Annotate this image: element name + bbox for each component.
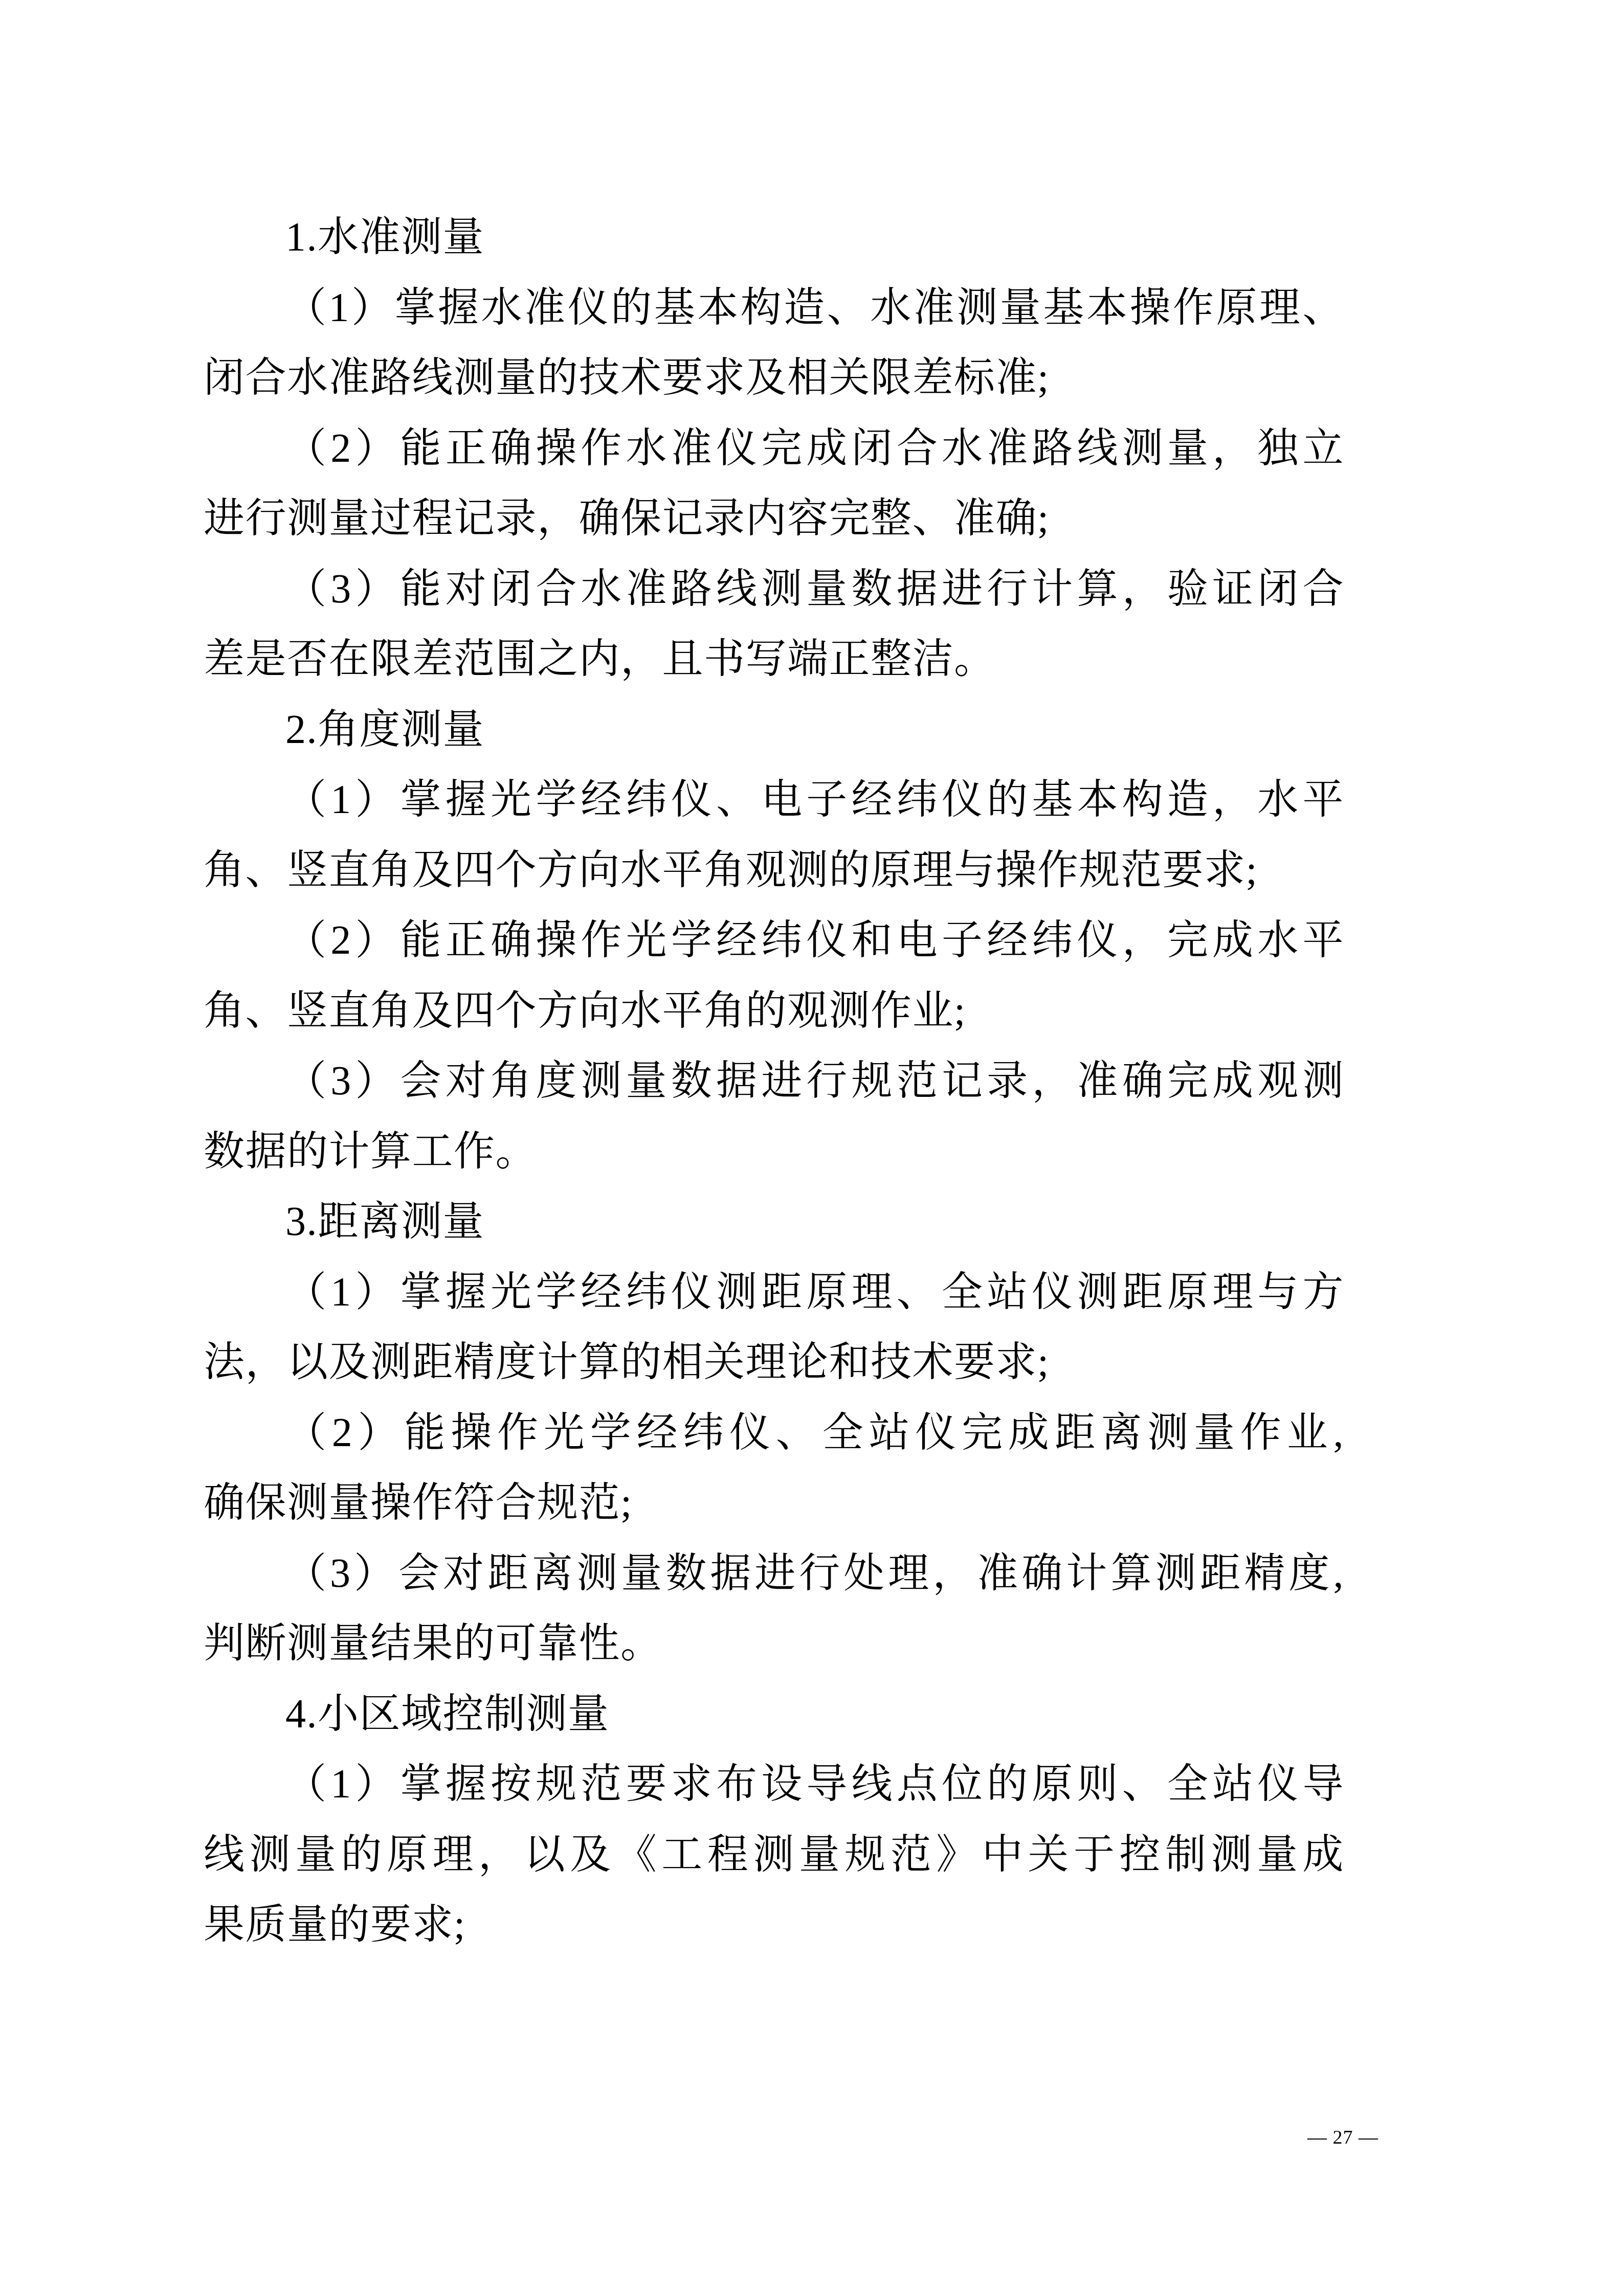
document-body: 1.水准测量（1）掌握水准仪的基本构造、水准测量基本操作原理、闭合水准路线测量的… bbox=[204, 202, 1344, 1961]
text-line: （1）掌握光学经纬仪测距原理、全站仪测距原理与方 bbox=[204, 1257, 1344, 1328]
text-line: （1）掌握按规范要求布设导线点位的原则、全站仪导 bbox=[204, 1749, 1344, 1820]
text-line: 判断测量结果的可靠性。 bbox=[204, 1609, 1344, 1679]
text-line: 差是否在限差范围之内，且书写端正整洁。 bbox=[204, 624, 1344, 695]
text-line: （3）会对角度测量数据进行规范记录，准确完成观测 bbox=[204, 1046, 1344, 1117]
text-line: （2）能正确操作水准仪完成闭合水准路线测量，独立 bbox=[204, 414, 1344, 484]
text-line: 确保测量操作符合规范; bbox=[204, 1468, 1344, 1539]
text-line: 角、竖直角及四个方向水平角观测的原理与操作规范要求; bbox=[204, 836, 1344, 906]
text-line: （2）能正确操作光学经纬仪和电子经纬仪，完成水平 bbox=[204, 906, 1344, 976]
text-line: 闭合水准路线测量的技术要求及相关限差标准; bbox=[204, 343, 1344, 414]
section-heading-line: 4.小区域控制测量 bbox=[204, 1679, 1344, 1750]
section-heading-line: 3.距离测量 bbox=[204, 1187, 1344, 1257]
text-line: （2）能操作光学经纬仪、全站仪完成距离测量作业, bbox=[204, 1398, 1344, 1469]
text-line: 进行测量过程记录，确保记录内容完整、准确; bbox=[204, 484, 1344, 554]
text-line: （3）会对距离测量数据进行处理，准确计算测距精度, bbox=[204, 1539, 1344, 1609]
section-heading-line: 2.角度测量 bbox=[204, 695, 1344, 766]
section-heading-line: 1.水准测量 bbox=[204, 202, 1344, 273]
document-page: 1.水准测量（1）掌握水准仪的基本构造、水准测量基本操作原理、闭合水准路线测量的… bbox=[0, 0, 1624, 2296]
text-line: 角、竖直角及四个方向水平角的观测作业; bbox=[204, 976, 1344, 1047]
text-line: 线测量的原理，以及《工程测量规范》中关于控制测量成 bbox=[204, 1820, 1344, 1890]
page-number: — 27 — bbox=[1307, 2126, 1378, 2150]
text-line: 法，以及测距精度计算的相关理论和技术要求; bbox=[204, 1327, 1344, 1398]
text-line: 数据的计算工作。 bbox=[204, 1117, 1344, 1187]
text-line: 果质量的要求; bbox=[204, 1890, 1344, 1961]
text-line: （1）掌握水准仪的基本构造、水准测量基本操作原理、 bbox=[204, 273, 1344, 344]
text-line: （1）掌握光学经纬仪、电子经纬仪的基本构造，水平 bbox=[204, 765, 1344, 836]
text-line: （3）能对闭合水准路线测量数据进行计算，验证闭合 bbox=[204, 554, 1344, 625]
